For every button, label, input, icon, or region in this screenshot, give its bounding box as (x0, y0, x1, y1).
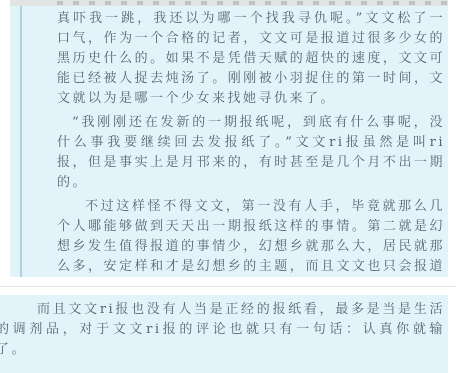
divider-line (0, 286, 456, 287)
clipped-text-marks (57, 1, 447, 5)
quote-paragraph: 不过这样怪不得文文，第一没有人手，毕竟就那么几个人哪能够做到天天出一期报纸这样的… (57, 197, 445, 277)
body-text: 而且文文ri报也没有人当是正经的报纸看，最多是当是生活的调剂品，对于文文ri报的… (0, 300, 445, 364)
quote-paragraph: 真吓我一跳，我还以为哪一个找我寻仇呢。”文文松了一口气，作为一个合格的记者，文文… (57, 9, 445, 109)
quote-paragraph: “我刚刚还在发新的一期报纸呢，到底有什么事呢，没什么事我要继续回去发报纸了。”文… (57, 113, 445, 193)
body-paragraph: 而且文文ri报也没有人当是正经的报纸看，最多是当是生活的调剂品，对于文文ri报的… (0, 300, 445, 360)
section-divider (0, 277, 456, 295)
body-block: 而且文文ri报也没有人当是正经的报纸看，最多是当是生活的调剂品，对于文文ri报的… (0, 295, 448, 373)
quote-left-rule (20, 6, 22, 277)
reader-page: 真吓我一跳，我还以为哪一个找我寻仇呢。”文文松了一口气，作为一个合格的记者，文文… (0, 0, 456, 373)
quote-text: 真吓我一跳，我还以为哪一个找我寻仇呢。”文文松了一口气，作为一个合格的记者，文文… (57, 9, 445, 277)
quote-block: 真吓我一跳，我还以为哪一个找我寻仇呢。”文文松了一口气，作为一个合格的记者，文文… (10, 6, 448, 277)
